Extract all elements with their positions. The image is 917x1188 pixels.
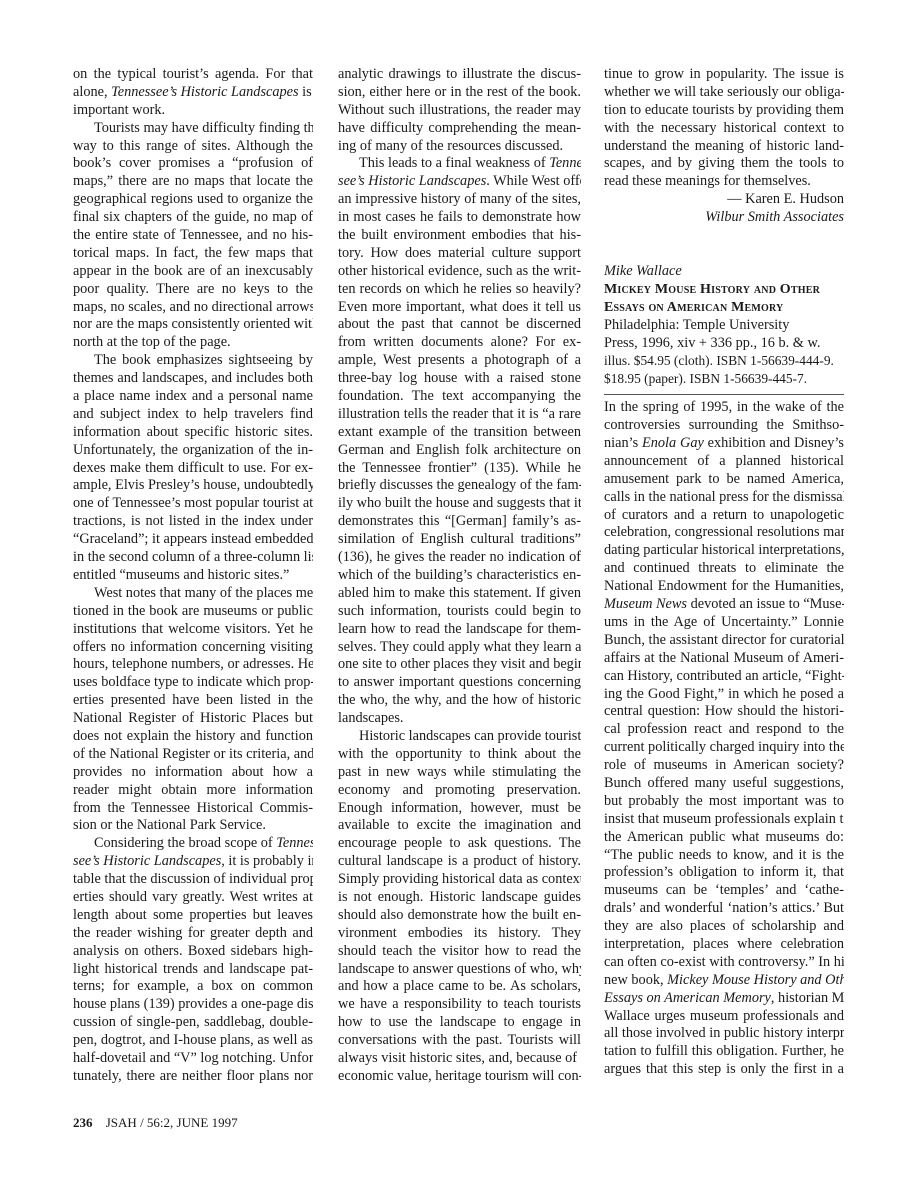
text-line: sion or the National Park Service. (73, 817, 313, 835)
text-line: Bunch offered many useful suggestions, (604, 775, 844, 793)
text-line: “Graceland”; it appears instead embedded (73, 531, 313, 549)
text-line: information about specific historic site… (73, 424, 313, 442)
text-line: Tourists may have difficulty finding the… (73, 120, 313, 138)
text-line: to answer important questions concerning (338, 674, 581, 692)
text-line: how to use the landscape to engage in (338, 1014, 581, 1032)
text-line: encourage people to ask questions. The (338, 835, 581, 853)
page-number: 236 (73, 1115, 93, 1130)
text-line: tunately, there are neither floor plans … (73, 1068, 313, 1086)
text-line: Without such illustrations, the reader m… (338, 102, 581, 120)
text-line: read these meanings for themselves. (604, 173, 844, 191)
review-2-publication-line: illus. $54.95 (cloth). ISBN 1-56639-444-… (604, 352, 844, 370)
text-line: erties presented have been listed in the (73, 692, 313, 710)
text-line: the Tennessee frontier” (135). While he (338, 460, 581, 478)
text-line: ily who built the house and suggests tha… (338, 495, 581, 513)
text-line: of curators and a return to unapologetic (604, 507, 844, 525)
text-line: West notes that many of the places men- (73, 585, 313, 603)
text-line: provides no information about how a (73, 764, 313, 782)
review-2-body: In the spring of 1995, in the wake of th… (604, 399, 844, 1079)
text-line: new book, Mickey Mouse History and Other (604, 972, 844, 990)
text-line: house plans (139) provides a one-page di… (73, 996, 313, 1014)
text-line: alone, Tennessee’s Historic Landscapes i… (73, 84, 313, 102)
column-3: tinue to grow in popularity. The issue i… (604, 66, 844, 1079)
text-line: about the past that cannot be discerned (338, 316, 581, 334)
text-line: tion to educate tourists by providing th… (604, 102, 844, 120)
text-line: from the Tennessee Historical Commis- (73, 800, 313, 818)
text-line: themes and landscapes, and includes both (73, 370, 313, 388)
text-line: an impressive history of many of the sit… (338, 191, 581, 209)
text-line: nor are the maps consistently oriented w… (73, 316, 313, 334)
text-line: uses boldface type to indicate which pro… (73, 674, 313, 692)
text-line: see’s Historic Landscapes. While West of… (338, 173, 581, 191)
text-line: north at the top of the page. (73, 334, 313, 352)
text-line: a place name index and a personal name (73, 388, 313, 406)
page-footer: 236 JSAH / 56:2, JUNE 1997 (73, 1115, 238, 1131)
review-1-conclusion: tinue to grow in popularity. The issue i… (604, 66, 844, 191)
text-line: entitled “museums and historic sites.” (73, 567, 313, 585)
text-line: one site to other places they visit and … (338, 656, 581, 674)
text-line: maps,” there are no maps that locate the (73, 173, 313, 191)
text-line: and subject index to help travelers find (73, 406, 313, 424)
text-line: ten records on which he relies so heavil… (338, 281, 581, 299)
text-line: Simply providing historical data as cont… (338, 871, 581, 889)
text-line: see’s Historic Landscapes, it is probabl… (73, 853, 313, 871)
text-line: ample, West presents a photograph of a (338, 352, 581, 370)
text-line: ing the Good Fight,” in which he posed a (604, 686, 844, 704)
text-line: central question: How should the histori… (604, 703, 844, 721)
text-line: in most cases he fails to demonstrate ho… (338, 209, 581, 227)
text-line: the American public what museums do: (604, 829, 844, 847)
text-line: way to this range of sites. Although the (73, 138, 313, 156)
text-line: with the necessary historical context to (604, 120, 844, 138)
text-line: other historical evidence, such as the w… (338, 263, 581, 281)
text-line: cal profession react and respond to the (604, 721, 844, 739)
text-line: we have a responsibility to teach touris… (338, 996, 581, 1014)
text-line: whether we will take seriously our oblig… (604, 84, 844, 102)
text-line: past in new ways while stimulating the (338, 764, 581, 782)
text-line: should teach the visitor how to read the (338, 943, 581, 961)
text-line: Unfortunately, the organization of the i… (73, 442, 313, 460)
text-line: Wallace urges museum professionals and (604, 1008, 844, 1026)
text-line: one of Tennessee’s most popular tourist … (73, 495, 313, 513)
text-line: can History, contributed an article, “Fi… (604, 668, 844, 686)
text-line: briefly discusses the genealogy of the f… (338, 477, 581, 495)
text-line: drals’ and wonderful ‘nation’s attics.’ … (604, 900, 844, 918)
text-line: selves. They could apply what they learn… (338, 639, 581, 657)
review-2-book-title-line-2: Essays on American Memory (604, 299, 844, 317)
text-line: poor quality. There are no keys to the (73, 281, 313, 299)
text-line: available to excite the imagination and (338, 817, 581, 835)
text-line: Bunch, the assistant director for curato… (604, 632, 844, 650)
text-line: National Register of Historic Places but (73, 710, 313, 728)
text-line: half-dovetail and “V” log notching. Unfo… (73, 1050, 313, 1068)
text-line: with the opportunity to think about the (338, 746, 581, 764)
text-line: final six chapters of the guide, no map … (73, 209, 313, 227)
text-line: The book emphasizes sightseeing by (73, 352, 313, 370)
text-line: understand the meaning of historic land- (604, 138, 844, 156)
text-line: is not enough. Historic landscape guides (338, 889, 581, 907)
text-line: tinue to grow in popularity. The issue i… (604, 66, 844, 84)
text-line: analytic drawings to illustrate the disc… (338, 66, 581, 84)
text-line: economic value, heritage tourism will co… (338, 1068, 581, 1086)
text-line: ample, Elvis Presley’s house, undoubtedl… (73, 477, 313, 495)
text-line: dexes make them difficult to use. For ex… (73, 460, 313, 478)
text-line: maps, no scales, and no directional arro… (73, 299, 313, 317)
text-line: conversations with the past. Tourists wi… (338, 1032, 581, 1050)
text-line: profession’s obligation to inform it, th… (604, 864, 844, 882)
text-line: ums in the Age of Uncertainty.” Lonnie (604, 614, 844, 632)
text-line: landscape to answer questions of who, wh… (338, 961, 581, 979)
review-2-publication-line: Philadelphia: Temple University (604, 317, 844, 335)
text-line: vironment embodies its history. They (338, 925, 581, 943)
text-line: hours, telephone numbers, or adresses. H… (73, 656, 313, 674)
text-line: similation of English cultural tradition… (338, 531, 581, 549)
text-line: of the National Register or its criteria… (73, 746, 313, 764)
text-line: amusement park to be named America, (604, 471, 844, 489)
text-line: tation to fulfill this obligation. Furth… (604, 1043, 844, 1061)
text-line: learn how to read the landscape for them… (338, 621, 581, 639)
text-line: cussion of single-pen, saddlebag, double… (73, 1014, 313, 1032)
text-line: erties should vary greatly. West writes … (73, 889, 313, 907)
text-line: does not explain the history and functio… (73, 728, 313, 746)
text-line: In the spring of 1995, in the wake of th… (604, 399, 844, 417)
text-line: book’s cover promises a “profusion of (73, 155, 313, 173)
text-line: light historical trends and landscape pa… (73, 961, 313, 979)
text-line: announcement of a planned historical (604, 453, 844, 471)
review-2-book-author: Mike Wallace (604, 263, 844, 281)
text-line: tractions, is not listed in the index un… (73, 513, 313, 531)
text-line: This leads to a final weakness of Tennes… (338, 155, 581, 173)
journal-citation: JSAH / 56:2, JUNE 1997 (106, 1115, 238, 1130)
text-line: sion, either here or in the rest of the … (338, 84, 581, 102)
text-line: the who, the why, and the how of histori… (338, 692, 581, 710)
text-line: on the typical tourist’s agenda. For tha… (73, 66, 313, 84)
text-line: insist that museum professionals explain… (604, 811, 844, 829)
reviewer-name: — Karen E. Hudson (604, 191, 844, 209)
text-line: ing of many of the resources discussed. (338, 138, 581, 156)
text-line: argues that this step is only the first … (604, 1061, 844, 1079)
text-line: geographical regions used to organize th… (73, 191, 313, 209)
text-line: offers no information concerning visitin… (73, 639, 313, 657)
text-line: current politically charged inquiry into… (604, 739, 844, 757)
text-line: reader might obtain more information (73, 782, 313, 800)
text-line: analysis on others. Boxed sidebars high- (73, 943, 313, 961)
text-line: and continued threats to eliminate the (604, 560, 844, 578)
reviewer-affiliation: Wilbur Smith Associates (604, 209, 844, 227)
text-line: pen, dogtrot, and I-house plans, as well… (73, 1032, 313, 1050)
column-2: analytic drawings to illustrate the disc… (338, 66, 581, 1086)
text-line: scapes, and by giving them the tools to (604, 155, 844, 173)
text-line: torical maps. In fact, the few maps that (73, 245, 313, 263)
text-line: Even more important, what does it tell u… (338, 299, 581, 317)
header-divider (604, 394, 844, 395)
text-line: calls in the national press for the dism… (604, 489, 844, 507)
text-line: but probably the most important was to (604, 793, 844, 811)
column-1: on the typical tourist’s agenda. For tha… (73, 66, 313, 1086)
text-line: affairs at the National Museum of Ameri- (604, 650, 844, 668)
text-line: tioned in the book are museums or public (73, 603, 313, 621)
text-line: demonstrates this “[German] family’s as- (338, 513, 581, 531)
text-line: the entire state of Tennessee, and no hi… (73, 227, 313, 245)
text-line: museums can be ‘temples’ and ‘cathe- (604, 882, 844, 900)
text-line: can often co-exist with controversy.” In… (604, 954, 844, 972)
text-line: economy and promoting preservation. (338, 782, 581, 800)
text-line: landscapes. (338, 710, 581, 728)
review-2-book-title-line-1: Mickey Mouse History and Other (604, 281, 844, 299)
section-gap (604, 227, 844, 263)
text-line: extant example of the transition between (338, 424, 581, 442)
text-line: institutions that welcome visitors. Yet … (73, 621, 313, 639)
text-line: the built environment embodies that his- (338, 227, 581, 245)
text-line: Historic landscapes can provide tourists (338, 728, 581, 746)
text-line: in the second column of a three-column l… (73, 549, 313, 567)
text-line: important work. (73, 102, 313, 120)
text-line: they are also places of scholarship and (604, 918, 844, 936)
text-line: foundation. The text accompanying the (338, 388, 581, 406)
review-2-publication-line: Press, 1996, xiv + 336 pp., 16 b. & w. (604, 335, 844, 353)
text-line: appear in the book are of an inexcusably (73, 263, 313, 281)
text-line: such information, tourists could begin t… (338, 603, 581, 621)
text-line: terns; for example, a box on common (73, 978, 313, 996)
review-2-publication-line: $18.95 (paper). ISBN 1-56639-445-7. (604, 370, 844, 388)
text-line: should also demonstrate how the built en… (338, 907, 581, 925)
text-line: which of the building’s characteristics … (338, 567, 581, 585)
text-line: all those involved in public history int… (604, 1025, 844, 1043)
text-line: three-bay log house with a raised stone (338, 370, 581, 388)
text-line: “The public needs to know, and it is the (604, 847, 844, 865)
text-line: cultural landscape is a product of histo… (338, 853, 581, 871)
text-line: National Endowment for the Humanities, (604, 578, 844, 596)
text-line: abled him to make this statement. If giv… (338, 585, 581, 603)
text-line: celebration, congressional resolutions m… (604, 524, 844, 542)
text-line: from written documents alone? For ex- (338, 334, 581, 352)
text-line: table that the discussion of individual … (73, 871, 313, 889)
text-line: (136), he gives the reader no indication… (338, 549, 581, 567)
text-line: tory. How does material culture support (338, 245, 581, 263)
text-line: illustration tells the reader that it is… (338, 406, 581, 424)
text-line: the reader wishing for greater depth and (73, 925, 313, 943)
text-line: role of museums in American society? (604, 757, 844, 775)
text-line: German and English folk architecture on (338, 442, 581, 460)
text-line: nian’s Enola Gay exhibition and Disney’s (604, 435, 844, 453)
text-line: have difficulty comprehending the mean- (338, 120, 581, 138)
text-line: Enough information, however, must be (338, 800, 581, 818)
text-line: controversies surrounding the Smithso- (604, 417, 844, 435)
text-line: Museum News devoted an issue to “Muse- (604, 596, 844, 614)
text-line: and how a place came to be. As scholars, (338, 978, 581, 996)
text-line: Considering the broad scope of Tennes- (73, 835, 313, 853)
text-line: interpretation, places where celebration (604, 936, 844, 954)
text-line: always visit historic sites, and, becaus… (338, 1050, 581, 1068)
text-line: dating particular historical interpretat… (604, 542, 844, 560)
text-line: length about some properties but leaves (73, 907, 313, 925)
text-line: Essays on American Memory, historian Mik… (604, 990, 844, 1008)
